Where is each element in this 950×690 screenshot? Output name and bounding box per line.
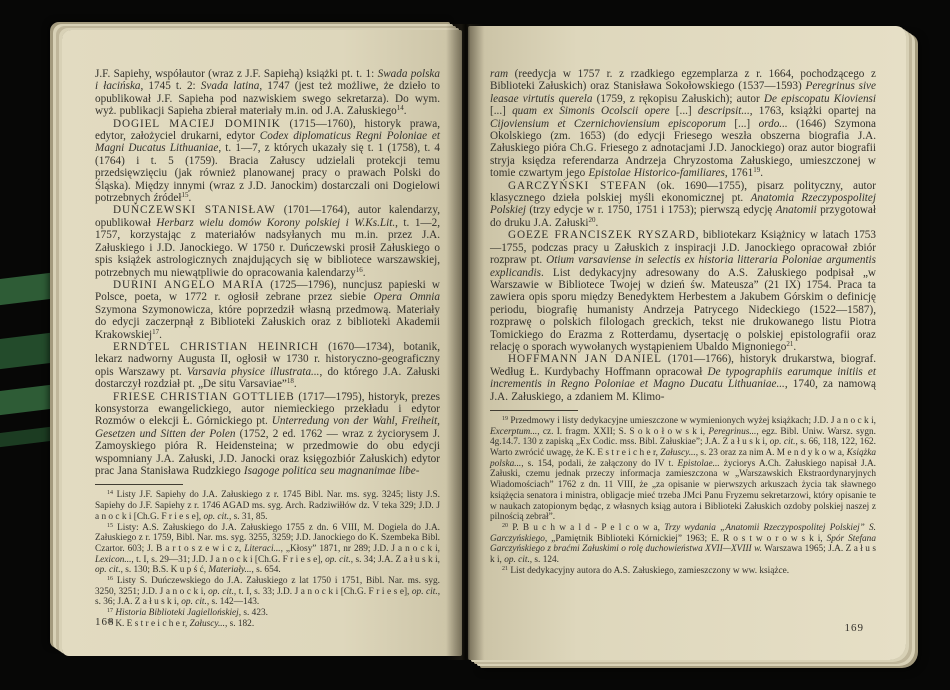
left-footnotes: 14 Listy J.F. Sapiehy do J.A. Załuskiego… bbox=[95, 490, 440, 629]
green-cover-stripe bbox=[0, 271, 65, 306]
entry-durini: DURINI ANGELO MARIA (1725—1796), nuncjus… bbox=[95, 279, 440, 341]
footnote-14: 14 Listy J.F. Sapiehy do J.A. Załuskiego… bbox=[95, 490, 440, 522]
footnote-separator-right bbox=[490, 410, 578, 411]
continuation-sapieha: J.F. Sapiehy, współautor (wraz z J.F. Sa… bbox=[95, 68, 440, 118]
entry-hoffmann: HOFFMANN JAN DANIEL (1701—1766), history… bbox=[490, 353, 876, 403]
footnote-19: 19 Przedmowy i listy dedykacyjne umieszc… bbox=[490, 416, 876, 523]
footnote-17: 17 Historia Biblioteki Jagiellońskiej, s… bbox=[95, 608, 440, 619]
entry-garczynski: GARCZYŃSKI STEFAN (ok. 1690—1755), pisar… bbox=[490, 180, 876, 230]
book-photo: J.F. Sapiehy, współautor (wraz z J.F. Sa… bbox=[0, 0, 950, 690]
footnote-15: 15 Listy: A.S. Załuskiego do J.A. Załusk… bbox=[95, 523, 440, 577]
page-number-left: 168 bbox=[95, 616, 115, 628]
left-main-text: J.F. Sapiehy, współautor (wraz z J.F. Sa… bbox=[95, 68, 440, 477]
page-number-right: 169 bbox=[845, 622, 865, 634]
entry-dogiel: DOGIEL MACIEJ DOMINIK (1715—1760), histo… bbox=[95, 118, 440, 205]
right-footnotes: 19 Przedmowy i listy dedykacyjne umieszc… bbox=[490, 416, 876, 577]
continuation-friese: ram (reedycja w 1757 r. z rzadkiego egze… bbox=[490, 68, 876, 180]
green-cover-stripe bbox=[0, 383, 65, 416]
footnote-20: 20 P. B u c h w a l d - P e l c o w a, T… bbox=[490, 523, 876, 566]
footnote-21: 21 List dedykacyjny autora do A.S. Załus… bbox=[490, 566, 876, 577]
entry-friese: FRIESE CHRISTIAN GOTTLIEB (1717—1795), h… bbox=[95, 391, 440, 478]
green-cover-stripe bbox=[0, 425, 65, 448]
page-left: J.F. Sapiehy, współautor (wraz z J.F. Sa… bbox=[62, 30, 462, 656]
footnote-16: 16 Listy S. Duńczewskiego do J.A. Załusk… bbox=[95, 576, 440, 608]
footnote-separator-left bbox=[95, 484, 183, 485]
right-main-text: ram (reedycja w 1757 r. z rzadkiego egze… bbox=[490, 68, 876, 403]
green-cover-stripe bbox=[0, 331, 66, 370]
footnote-18: 18 K. E s t r e i c h e r, Załuscy..., s… bbox=[95, 619, 440, 630]
entry-dunczewski: DUŃCZEWSKI STANISŁAW (1701—1764), autor … bbox=[95, 204, 440, 278]
entry-erndtel: ERNDTEL CHRISTIAN HEINRICH (1670—1734), … bbox=[95, 341, 440, 391]
page-right: ram (reedycja w 1757 r. z rzadkiego egze… bbox=[468, 26, 906, 660]
entry-goeze: GOEZE FRANCISZEK RYSZARD, bibliotekarz K… bbox=[490, 229, 876, 353]
